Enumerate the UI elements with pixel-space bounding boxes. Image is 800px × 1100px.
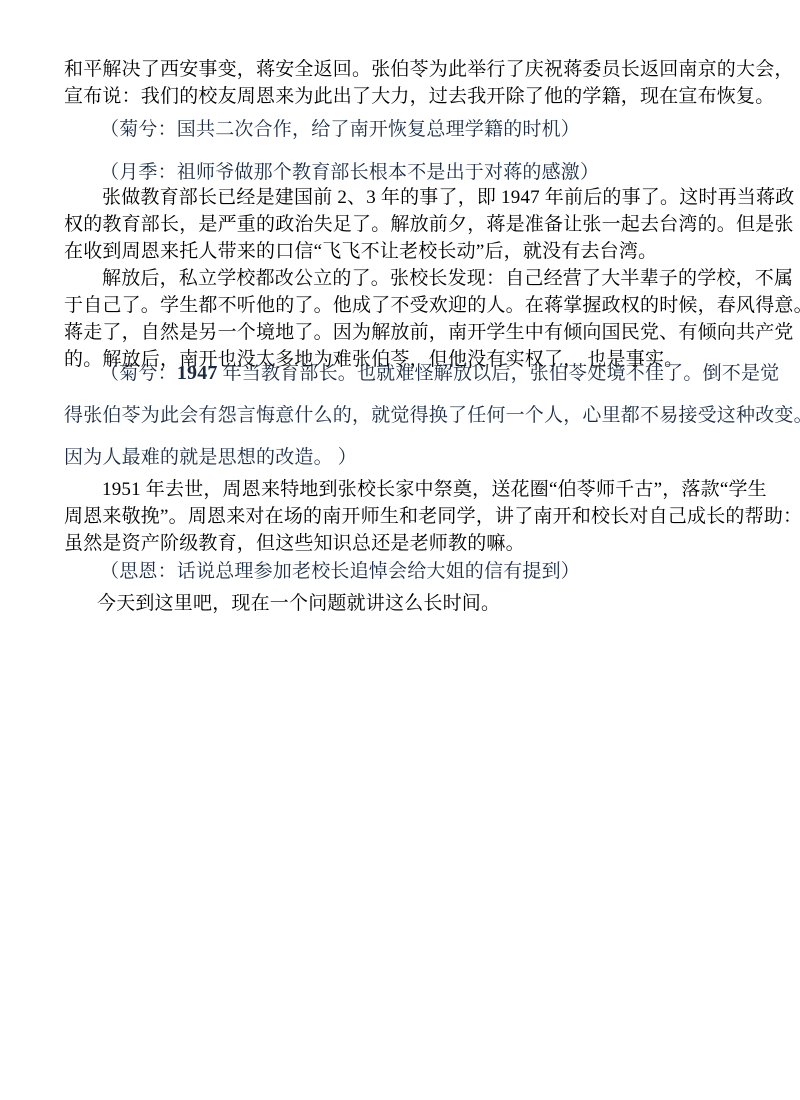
annotation-text: 年当教育部长。也就难怪解放以后，张伯苓处境不佳了。倒不是觉 bbox=[218, 363, 780, 384]
paragraph-line: 周恩来敬挽”。周恩来对在场的南开师生和老同学，讲了南开和校长对自己成长的帮助： bbox=[64, 503, 740, 530]
annotation-yueji-minister: （月季：祖师爷做那个教育部长根本不是出于对蒋的感激） bbox=[64, 159, 740, 186]
annotation-line: （菊兮：国共二次合作，给了南开恢复总理学籍的时机） bbox=[64, 116, 740, 143]
paragraph-minister-and-liberation: 张做教育部长已经是建国前 2、3 年的事了，即 1947 年前后的事了。这时再当… bbox=[64, 184, 740, 373]
annotation-line: 因为人最难的就是思想的改造。 ） bbox=[64, 437, 740, 479]
annotation-line: （月季：祖师爷做那个教育部长根本不是出于对蒋的感激） bbox=[64, 159, 740, 186]
annotation-juxi-cooperation: （菊兮：国共二次合作，给了南开恢复总理学籍的时机） bbox=[64, 116, 740, 143]
paragraph-line: 张做教育部长已经是建国前 2、3 年的事了，即 1947 年前后的事了。这时再当… bbox=[64, 184, 740, 211]
annotation-prefix: （菊兮： bbox=[100, 363, 177, 384]
annotation-juxi-1947: （菊兮：1947 年当教育部长。也就难怪解放以后，张伯苓处境不佳了。倒不是觉 得… bbox=[64, 352, 740, 479]
paragraph-line: 宣布说：我们的校友周恩来为此出了大力，过去我开除了他的学籍，现在宣布恢复。 bbox=[64, 83, 740, 110]
paragraph-line: 今天到这里吧，现在一个问题就讲这么长时间。 bbox=[64, 590, 740, 617]
document-page: 和平解决了西安事变，蒋安全返回。张伯苓为此举行了庆祝蒋委员长返回南京的大会， 宣… bbox=[0, 0, 800, 1100]
paragraph-line: 蒋走了，自然是另一个境地了。因为解放前，南开学生中有倾向国民党、有倾向共产党 bbox=[64, 319, 740, 346]
annotation-line: （思恩：话说总理参加老校长追悼会给大姐的信有提到） bbox=[64, 558, 740, 585]
annotation-sien-memorial: （思恩：话说总理参加老校长追悼会给大姐的信有提到） bbox=[64, 558, 740, 585]
closing-line: 今天到这里吧，现在一个问题就讲这么长时间。 bbox=[64, 590, 740, 617]
paragraph-1951-memorial: 1951 年去世，周恩来特地到张校长家中祭奠，送花圈“伯苓师千古”，落款“学生 … bbox=[64, 476, 740, 557]
annotation-line: （菊兮：1947 年当教育部长。也就难怪解放以后，张伯苓处境不佳了。倒不是觉 bbox=[64, 352, 740, 395]
paragraph-line: 虽然是资产阶级教育，但这些知识总还是老师教的嘛。 bbox=[64, 530, 740, 557]
paragraph-line: 在收到周恩来托人带来的口信“飞飞不让老校长动”后，就没有去台湾。 bbox=[64, 238, 740, 265]
paragraph-line: 于自己了。学生都不听他的了。他成了不受欢迎的人。在蒋掌握政权的时候，春风得意。 bbox=[64, 292, 740, 319]
paragraph-line: 权的教育部长，是严重的政治失足了。解放前夕，蒋是准备让张一起去台湾的。但是张 bbox=[64, 211, 740, 238]
paragraph-line: 和平解决了西安事变，蒋安全返回。张伯苓为此举行了庆祝蒋委员长返回南京的大会， bbox=[64, 56, 740, 83]
annotation-line: 得张伯苓为此会有怨言悔意什么的，就觉得换了任何一个人，心里都不易接受这种改变。 bbox=[64, 395, 740, 437]
paragraph-line: 1951 年去世，周恩来特地到张校长家中祭奠，送花圈“伯苓师千古”，落款“学生 bbox=[64, 476, 740, 503]
paragraph-line: 解放后，私立学校都改公立的了。张校长发现：自己经营了大半辈子的学校，不属 bbox=[64, 265, 740, 292]
year-1947: 1947 bbox=[177, 362, 218, 384]
paragraph-xian-incident: 和平解决了西安事变，蒋安全返回。张伯苓为此举行了庆祝蒋委员长返回南京的大会， 宣… bbox=[64, 56, 740, 110]
